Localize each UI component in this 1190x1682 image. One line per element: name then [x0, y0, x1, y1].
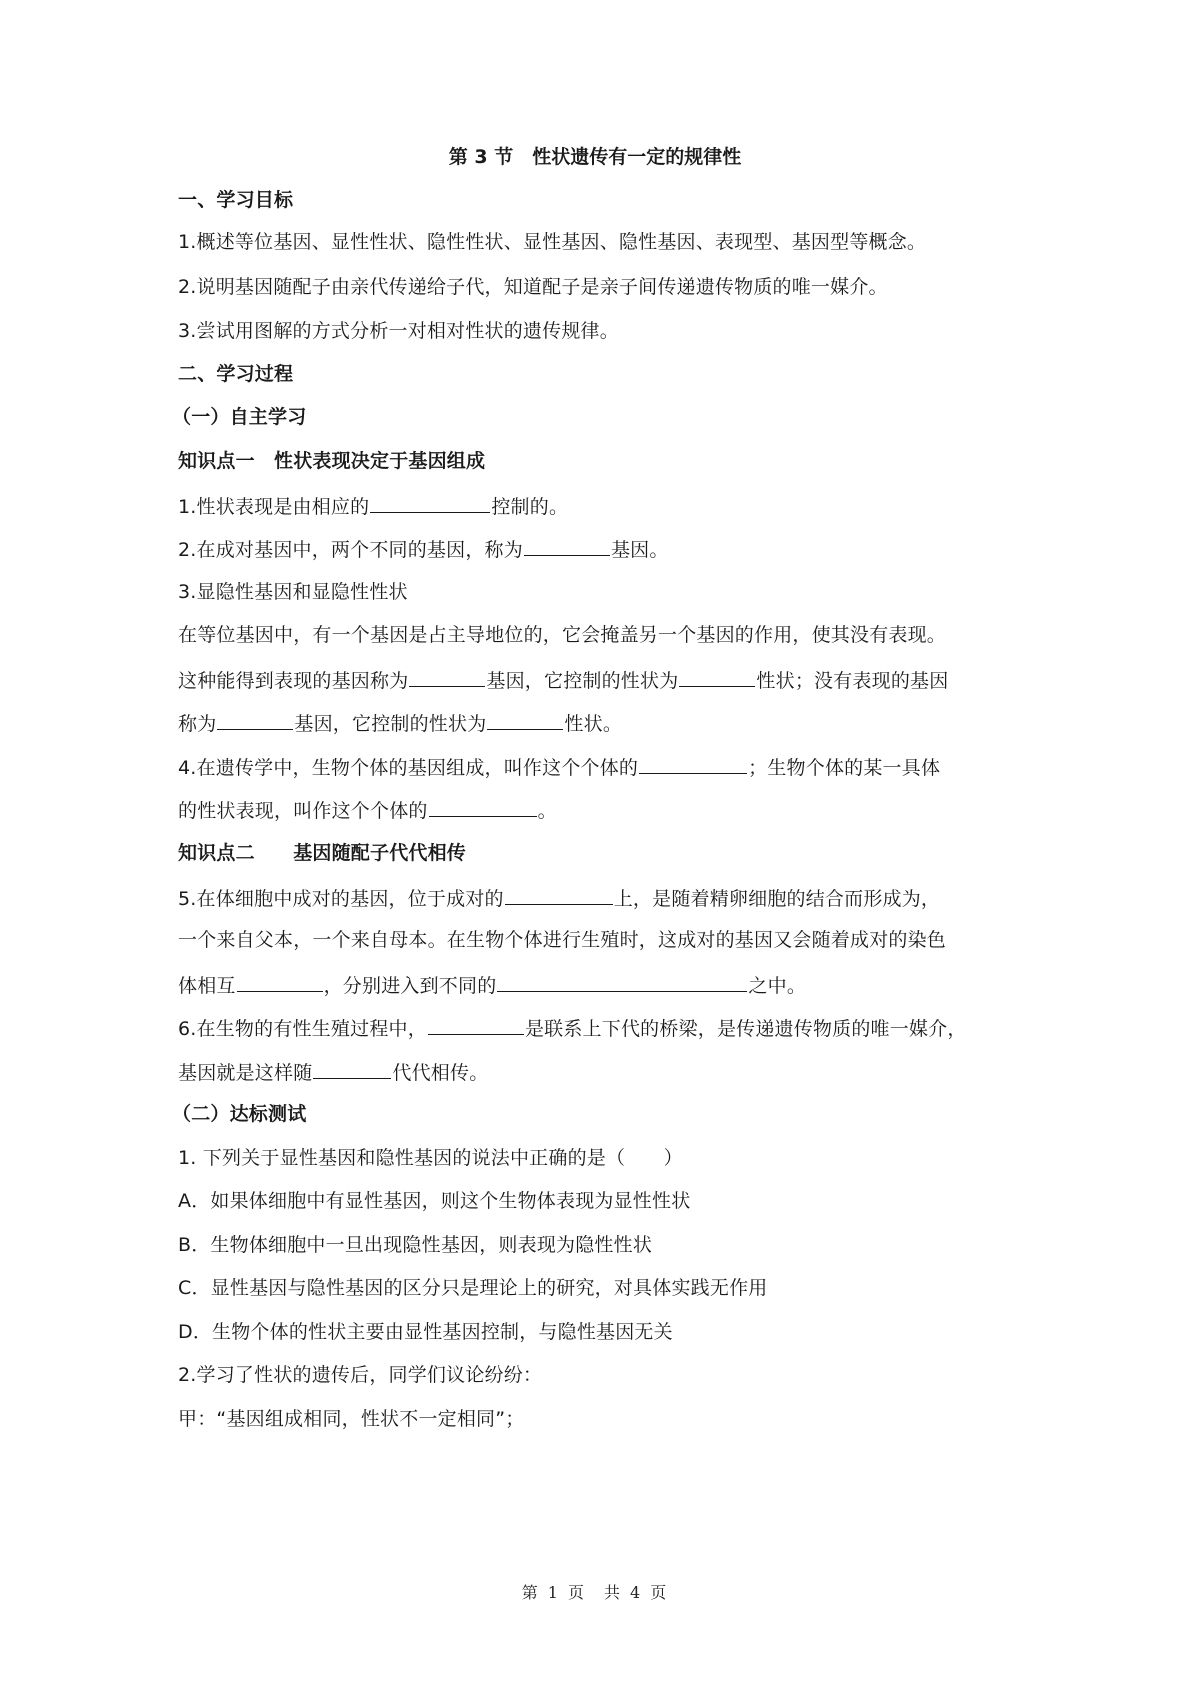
answer-blank[interactable]: [428, 1014, 524, 1035]
footer-middle: 页 共: [568, 1583, 622, 1602]
question-4-line-2: 的性状表现，叫作这个个体的。: [178, 796, 557, 824]
text: 之中。: [748, 975, 806, 997]
question-1-text-after: 控制的。: [491, 496, 568, 518]
question-1: 1.性状表现是由相应的控制的。: [178, 492, 568, 520]
section-heading-process: 二、学习过程: [178, 361, 293, 387]
answer-blank[interactable]: [237, 971, 323, 992]
question-5-line-1: 5.在体细胞中成对的基因，位于成对的上，是随着精卵细胞的结合而形成为，: [178, 884, 940, 912]
answer-blank[interactable]: [639, 753, 747, 774]
text: 基因，它控制的性状为: [294, 713, 486, 735]
answer-blank[interactable]: [497, 971, 747, 992]
goal-3: 3.尝试用图解的方式分析一对相对性状的遗传规律。: [178, 318, 619, 344]
document-page: 第 3 节 性状遗传有一定的规律性 一、学习目标 1.概述等位基因、显性性状、隐…: [0, 0, 1190, 1682]
question-2-text-after: 基因。: [611, 539, 669, 561]
text: 的性状表现，叫作这个个体的: [178, 800, 428, 822]
total-page-count: 4: [630, 1583, 642, 1602]
text: 基因就是这样随: [178, 1062, 312, 1084]
test-question-1-option-c[interactable]: C．显性基因与隐性基因的区分只是理论上的研究，对具体实践无作用: [178, 1275, 767, 1301]
text: 这种能得到表现的基因称为: [178, 670, 408, 692]
footer-suffix: 页: [650, 1583, 668, 1602]
text: 称为: [178, 713, 216, 735]
answer-blank[interactable]: [679, 666, 755, 687]
question-2-text-before: 2.在成对基因中，两个不同的基因，称为: [178, 539, 523, 561]
current-page-number: 1: [548, 1583, 560, 1602]
goal-2: 2.说明基因随配子由亲代传递给子代，知道配子是亲子间传递遗传物质的唯一媒介。: [178, 274, 888, 300]
question-5-line-2: 一个来自父本，一个来自母本。在生物个体进行生殖时，这成对的基因又会随着成对的染色: [178, 927, 946, 953]
section-heading-goals: 一、学习目标: [178, 187, 293, 213]
knowledge-point-2-heading: 知识点二 基因随配子代代相传: [178, 840, 466, 866]
question-6-line-2: 基因就是这样随代代相传。: [178, 1058, 488, 1086]
text: 基因，它控制的性状为: [486, 670, 678, 692]
answer-blank[interactable]: [409, 666, 485, 687]
test-question-1-option-a[interactable]: A．如果体细胞中有显性基因，则这个生物体表现为显性性状: [178, 1188, 690, 1214]
answer-blank[interactable]: [505, 884, 613, 905]
test-question-2-stem: 2.学习了性状的遗传后，同学们议论纷纷：: [178, 1362, 542, 1388]
text: ，分别进入到不同的: [324, 975, 497, 997]
question-3-line-1: 在等位基因中，有一个基因是占主导地位的，它会掩盖另一个基因的作用，使其没有表现。: [178, 622, 946, 648]
question-2: 2.在成对基因中，两个不同的基因，称为基因。: [178, 535, 669, 563]
answer-blank[interactable]: [313, 1058, 391, 1079]
text: 5.在体细胞中成对的基因，位于成对的: [178, 888, 504, 910]
page-title: 第 3 节 性状遗传有一定的规律性: [0, 143, 1190, 171]
text: 4.在遗传学中，生物个体的基因组成，叫作这个个体的: [178, 757, 638, 779]
test-question-1-option-d[interactable]: D．生物个体的性状主要由显性基因控制，与隐性基因无关: [178, 1319, 673, 1345]
footer-prefix: 第: [522, 1583, 540, 1602]
answer-blank[interactable]: [487, 709, 563, 730]
goal-1: 1.概述等位基因、显性性状、隐性性状、显性基因、隐性基因、表现型、基因型等概念。: [178, 229, 926, 255]
text: 6.在生物的有性生殖过程中，: [178, 1018, 427, 1040]
question-1-text-before: 1.性状表现是由相应的: [178, 496, 369, 518]
test-question-2-statement-jia: 甲：“基因组成相同，性状不一定相同”；: [178, 1406, 525, 1432]
text: 。: [538, 800, 557, 822]
subsection-heading-self-study: （一）自主学习: [172, 404, 306, 430]
page-footer: 第1页 共4页: [0, 1580, 1190, 1603]
text: ；生物个体的某一具体: [748, 757, 940, 779]
answer-blank[interactable]: [217, 709, 293, 730]
knowledge-point-1-heading: 知识点一 性状表现决定于基因组成: [178, 448, 485, 474]
question-3-line-3: 称为基因，它控制的性状为性状。: [178, 709, 622, 737]
text: 体相互: [178, 975, 236, 997]
question-3-title: 3.显隐性基因和显隐性性状: [178, 579, 408, 605]
test-question-1-stem: 1. 下列关于显性基因和隐性基因的说法中正确的是（ ）: [178, 1145, 683, 1171]
answer-blank[interactable]: [429, 796, 537, 817]
question-5-line-3: 体相互，分别进入到不同的之中。: [178, 971, 806, 999]
answer-blank[interactable]: [370, 492, 490, 513]
text: 是联系上下代的桥梁，是传递遗传物质的唯一媒介，: [525, 1018, 967, 1040]
subsection-heading-test: （二）达标测试: [172, 1101, 306, 1127]
text: 性状；没有表现的基因: [756, 670, 948, 692]
text: 代代相传。: [392, 1062, 488, 1084]
question-6-line-1: 6.在生物的有性生殖过程中，是联系上下代的桥梁，是传递遗传物质的唯一媒介，: [178, 1014, 967, 1042]
question-4-line-1: 4.在遗传学中，生物个体的基因组成，叫作这个个体的；生物个体的某一具体: [178, 753, 940, 781]
test-question-1-option-b[interactable]: B．生物体细胞中一旦出现隐性基因，则表现为隐性性状: [178, 1232, 652, 1258]
answer-blank[interactable]: [524, 535, 610, 556]
question-3-line-2: 这种能得到表现的基因称为基因，它控制的性状为性状；没有表现的基因: [178, 666, 948, 694]
text: 上，是随着精卵细胞的结合而形成为，: [614, 888, 940, 910]
text: 性状。: [564, 713, 622, 735]
